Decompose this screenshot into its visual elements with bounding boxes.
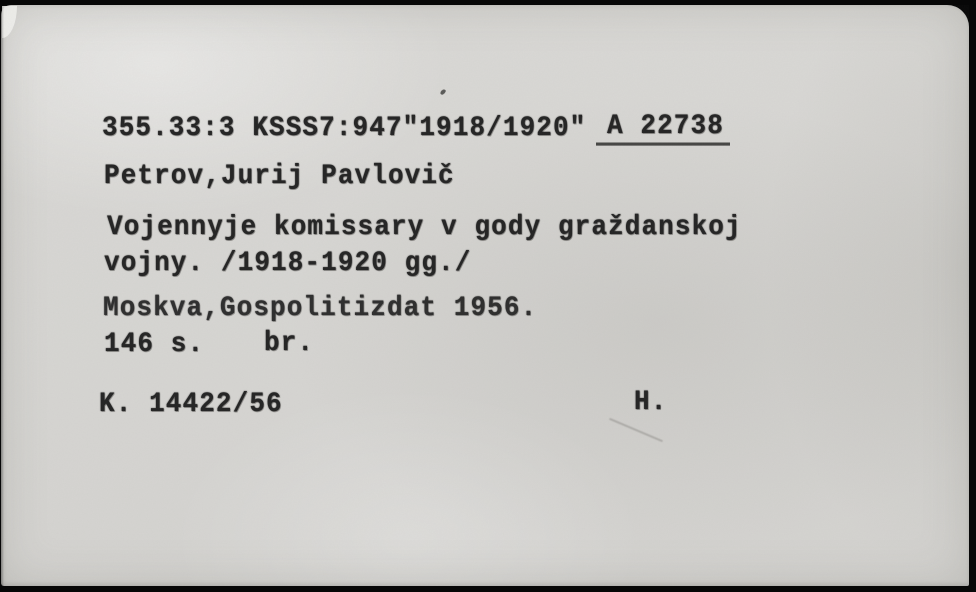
pagination: 146 s. [104, 330, 204, 359]
card-corner-chip [2, 6, 17, 38]
card-edge-shadow [1, 5, 4, 586]
binding-note: br. [264, 329, 314, 358]
title-line-2: vojny. /1918-1920 gg./ [104, 249, 471, 278]
author-line: Petrov,Jurij Pavlovič [104, 162, 455, 191]
scan-scratch [609, 418, 663, 443]
catalog-card: 355.33:3 KSSS7:947"1918/1920" A 22738 Pe… [1, 5, 969, 586]
title-line-1: Vojennyje komissary v gody graždanskoj [107, 213, 742, 242]
accession-number: K. 14422/56 [99, 390, 283, 419]
ink-speck [440, 88, 447, 95]
scan-background: { "document": { "kind": "library-catalog… [0, 0, 976, 592]
classification-number: 355.33:3 KSSS7:947"1918/1920" [102, 114, 586, 143]
annotation-letter: H. [634, 388, 667, 417]
imprint-line: Moskva,Gospolitizdat 1956. [103, 294, 537, 323]
call-number: A 22738 [596, 112, 730, 146]
